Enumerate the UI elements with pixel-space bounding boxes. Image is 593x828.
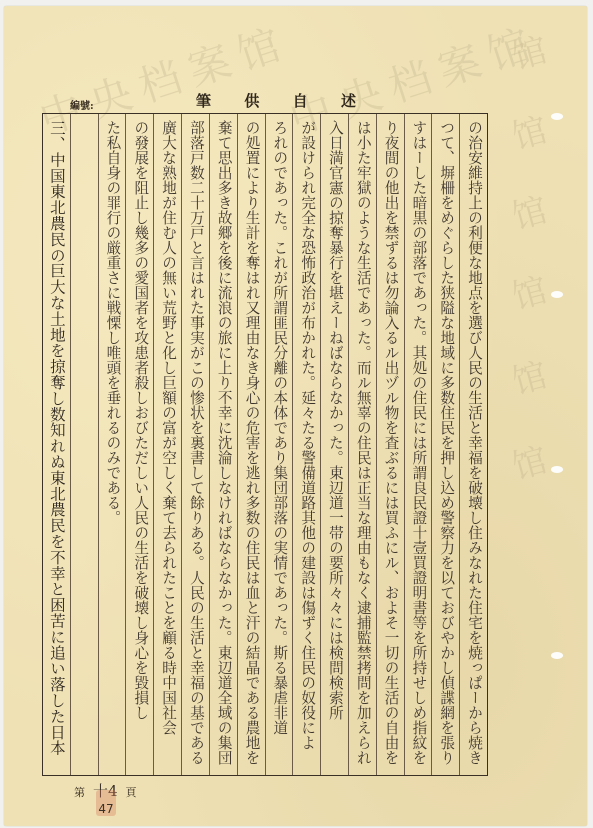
watermark: 馆 — [506, 182, 552, 238]
text-column: の發展を阻止し幾多の愛国者を攻患者殺しおびただしい人民の生活を破壊し身心を毀損し — [125, 114, 153, 775]
manuscript-grid: の治安維持上の利便な地点を選び人民の生活と幸福を破壊し住みなれた住宅を焼っぱーか… — [42, 113, 488, 776]
watermark: 馆 — [506, 347, 552, 403]
page-suffix: 頁 — [126, 784, 137, 800]
title-char: 自 — [293, 90, 308, 111]
punch-hole — [551, 113, 563, 120]
empty-column — [70, 114, 98, 775]
title-char: 供 — [244, 90, 259, 111]
text-column: の治安維持上の利便な地点を選び人民の生活と幸福を破壊し住みなれた住宅を焼っぱーか… — [459, 114, 487, 775]
text-column: 棄て思出多き故郷を後に流浪の旅に上り不幸に沈淪しなければならなかった。東辺道全域… — [209, 114, 237, 775]
watermark: 馆 — [506, 102, 552, 158]
serial-number-label: 編號: — [70, 97, 94, 112]
text-column: つて、塀柵をめぐらした狭隘な地域に多数住民を押し込め警察力を以ておびやかし偵諜網… — [431, 114, 459, 775]
punch-hole — [551, 466, 563, 473]
text-column: ろれのであった。これが所謂匪民分離の本体であり集団部落の実情であった。斯る暴虐非… — [265, 114, 293, 775]
text-column: り夜間の他出を禁ずるは勿論入るル出ヅル物を査ぶるには買ふにル、およそ一切の生活の… — [376, 114, 404, 775]
text-column: 部落戸数二十万戸と言はれた事実がこの惨状を裏書して餘りある。人民の生活と幸福の基… — [181, 114, 209, 775]
watermark: 馆 — [506, 432, 552, 488]
title-char: 述 — [341, 90, 356, 111]
text-column: 廣大な熟地が住む人の無い荒野と化し巨額の富が空しく棄て去られたことを顧る時中国社… — [153, 114, 181, 775]
title-char: 筆 — [196, 90, 211, 111]
text-column: すはーした暗黒の部落であった。其処の住民には所謂良民證十壹買證明書等を所持せしめ… — [404, 114, 432, 775]
text-column: た私自身の罪行の厳重さに戦慄し唯頭を垂れるのみである。 — [98, 114, 126, 775]
archive-stamp: 47 — [96, 790, 116, 816]
punch-hole — [551, 652, 563, 659]
text-column: が設けられ完全な恐怖政治が布かれた。延々たる警備道路其他の建設は傷ずく住民の奴役… — [292, 114, 320, 775]
watermark: 馆 — [506, 22, 552, 78]
text-column: は小た牢獄のような生活であった。而ル無辜の住民は正当な理由もなく逮捕監禁拷問を加… — [348, 114, 376, 775]
section-heading-column: 三、中国東北農民の巨大な土地を掠奪し数知れぬ東北農民を不幸と困苦に追い落した日本 — [43, 114, 70, 775]
punch-hole — [551, 291, 563, 298]
text-column: の処置により生計を奪はれ又理由なき身心の危害を逃れ多数の住民は血と汗の結晶である… — [237, 114, 265, 775]
page-prefix: 第 — [74, 784, 85, 800]
watermark: 馆 — [506, 262, 552, 318]
text-column: 入日満官憲の掠奪暴行を堪えーねばならなかった。東辺道一帯の要所々々には検問検索所 — [320, 114, 348, 775]
document-title: 筆 供 自 述 — [196, 90, 356, 111]
